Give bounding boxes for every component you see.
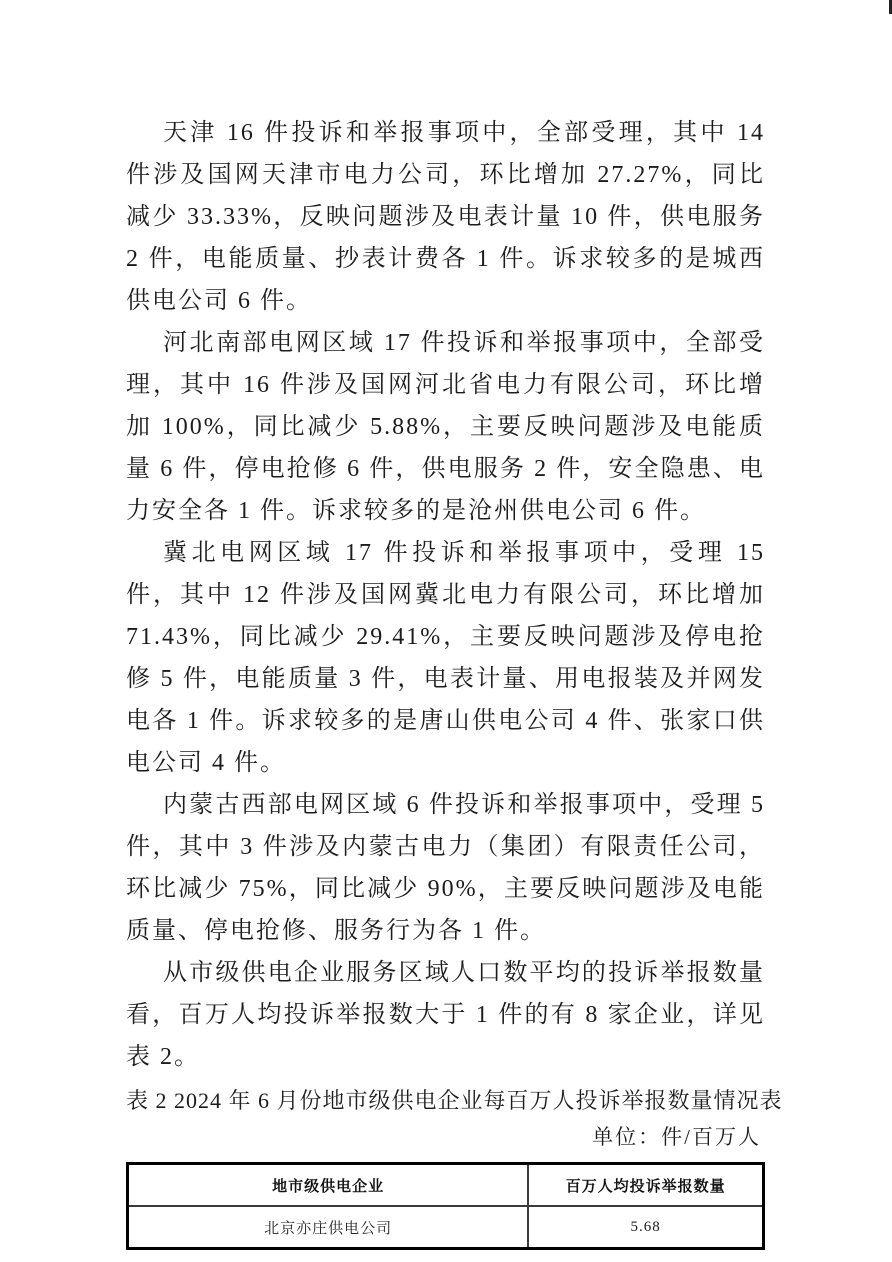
paragraph-inner-mongolia-west-grid: 内蒙古西部电网区域 6 件投诉和举报事项中，受理 5 件，其中 3 件涉及内蒙古… [126,784,765,952]
paragraph-per-capita-summary: 从市级供电企业服务区域人口数平均的投诉举报数量看，百万人均投诉举报数大于 1 件… [126,952,765,1078]
table-header-per-million-count: 百万人均投诉举报数量 [528,1164,763,1207]
table-cell-value: 5.68 [528,1206,763,1249]
paragraph-tianjin: 天津 16 件投诉和举报事项中，全部受理，其中 14 件涉及国网天津市电力公司，… [126,112,765,322]
table-header-company: 地市级供电企业 [128,1164,529,1207]
table-unit-label: 单位：件/百万人 [126,1120,765,1154]
table-row: 北京亦庄供电公司 5.68 [128,1206,764,1249]
paragraph-jibei-grid: 冀北电网区域 17 件投诉和举报事项中，受理 15 件，其中 12 件涉及国网冀… [126,532,765,784]
table-header-row: 地市级供电企业 百万人均投诉举报数量 [128,1164,764,1207]
paragraph-hebei-south-grid: 河北南部电网区域 17 件投诉和举报事项中，全部受理，其中 16 件涉及国网河北… [126,322,765,532]
table-caption: 表 2 2024 年 6 月份地市级供电企业每百万人投诉举报数量情况表 [126,1082,765,1120]
document-page: 天津 16 件投诉和举报事项中，全部受理，其中 14 件涉及国网天津市电力公司，… [0,0,892,1262]
per-million-complaints-table: 地市级供电企业 百万人均投诉举报数量 北京亦庄供电公司 5.68 [126,1162,765,1250]
table-cell-company: 北京亦庄供电公司 [128,1206,529,1249]
page-content: 天津 16 件投诉和举报事项中，全部受理，其中 14 件涉及国网天津市电力公司，… [126,112,765,1250]
